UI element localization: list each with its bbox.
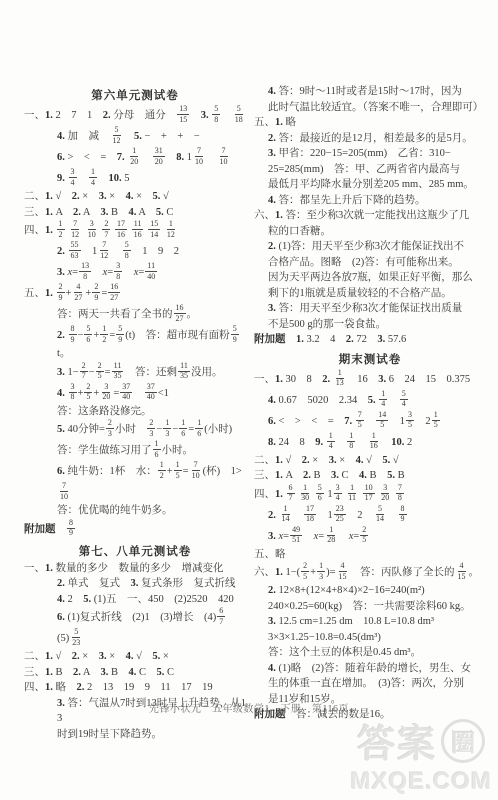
fraction: 1135 bbox=[178, 362, 190, 381]
bold-label: 1. bbox=[275, 567, 283, 578]
fraction: 710 bbox=[190, 461, 202, 480]
answer-line: 4. 0.67 5020 2.34 5. 14 54 bbox=[254, 390, 486, 411]
bold-label: 3. bbox=[57, 267, 65, 278]
bold-label: 5. bbox=[368, 394, 376, 405]
fraction: 25 bbox=[360, 526, 368, 545]
bold-label: 5. bbox=[156, 667, 164, 678]
answer-line: 2. 89−56+12=59(t) 答：超市现有面粉59 t。 bbox=[24, 325, 246, 362]
bold-label: 1. bbox=[275, 470, 283, 481]
fraction: 1135 bbox=[112, 362, 124, 381]
bold-label: 2. bbox=[73, 667, 81, 678]
fraction: 29 bbox=[57, 283, 65, 302]
watermark: 答案 圈 MXQE.COM bbox=[351, 713, 492, 796]
fraction: 58 bbox=[212, 105, 220, 124]
answer-line: (5)523 bbox=[24, 628, 246, 649]
bold-label: 6. bbox=[268, 415, 276, 426]
answer-line: 4. 答：9时～11时或者是15时～17时，因为 bbox=[254, 84, 486, 100]
section-title: 期末测试卷 bbox=[254, 348, 486, 369]
fraction: 3120 bbox=[153, 147, 165, 166]
bold-label: 4. bbox=[268, 663, 276, 674]
bold-label: 1. bbox=[45, 563, 53, 574]
bold-label: 3. bbox=[100, 207, 108, 218]
fraction: 75 bbox=[356, 411, 364, 430]
fraction: 112 bbox=[165, 220, 177, 239]
answer-line: 三、1. B 2. A 3. B 4. C 5. C bbox=[24, 665, 246, 681]
fraction: 34 bbox=[334, 484, 342, 503]
answer-line: 附加题 1. 3.2 4 2. 72 3. 57.6 bbox=[254, 332, 486, 348]
bold-label: 2. bbox=[346, 334, 354, 345]
bold-label: 1. bbox=[45, 651, 53, 662]
answer-line: 3. x=4951 x=128 x=25 bbox=[254, 526, 486, 547]
fraction: 138 bbox=[79, 262, 91, 281]
answer-line: 五、略 bbox=[254, 547, 486, 563]
fraction: 5563 bbox=[69, 241, 81, 260]
bold-label: 1. bbox=[275, 488, 283, 499]
fraction: 16 bbox=[195, 419, 203, 438]
fraction: 1718 bbox=[304, 505, 316, 524]
bold-label: 1. bbox=[275, 210, 283, 221]
answer-line: 二、1. √ 2. × 3. × 4. × 5. √ bbox=[24, 189, 246, 205]
answer-line: 四、1. 67 130 56 134 111 1017 320 78 bbox=[254, 484, 486, 505]
bold-label: 5. bbox=[387, 470, 395, 481]
fraction: 54 bbox=[400, 390, 408, 409]
answer-line: 粒的口香糖。 bbox=[254, 224, 486, 240]
fraction: 514 bbox=[374, 505, 386, 524]
answer-line: 三、1. A 2. A 3. B 4. A 5. C bbox=[24, 205, 246, 221]
fraction: 59 bbox=[116, 325, 124, 344]
fraction: 130 bbox=[299, 484, 311, 503]
answer-line: 25=285(mm) 答：甲、乙两省省内最高与 bbox=[254, 162, 486, 178]
fraction: 1116 bbox=[132, 220, 144, 239]
bold-label: 2. bbox=[57, 246, 65, 257]
answer-line: 4. 加 减 512 5. − + + − bbox=[24, 126, 246, 147]
answer-line: 四、1. 12 712 310 27 1716 1116 1514 112 bbox=[24, 220, 246, 241]
bold-label: 3. bbox=[268, 148, 276, 159]
answer-line: 答：两天一共看了全书的1627。 bbox=[24, 304, 246, 325]
bold-label: 1. bbox=[275, 455, 283, 466]
answer-line: 4. (1)略 (2)答：随着年龄的增长，男生、女 bbox=[254, 661, 486, 677]
answer-line: 2. 单式 复式 3. 复式条形 复式折线 bbox=[24, 576, 246, 592]
bold-label: 2. bbox=[77, 682, 85, 693]
bold-label: 5. bbox=[83, 594, 91, 605]
fraction: 1140 bbox=[145, 262, 157, 281]
fraction: 1315 bbox=[177, 105, 189, 124]
bold-label: 2. bbox=[103, 110, 111, 121]
bold-label: 7. bbox=[344, 415, 352, 426]
bold-label: 3. bbox=[100, 667, 108, 678]
fraction: 116 bbox=[368, 432, 380, 451]
fraction: 710 bbox=[218, 147, 230, 166]
fraction: 1514 bbox=[148, 220, 160, 239]
fraction: 78 bbox=[396, 484, 404, 503]
fraction: 712 bbox=[98, 241, 110, 260]
bold-label: 4. bbox=[57, 131, 65, 142]
bold-label: 6. bbox=[57, 466, 65, 477]
fraction: 3740 bbox=[145, 383, 157, 402]
answer-line: 8. 24 8 9. 14 18 116 10. 2 bbox=[254, 432, 486, 453]
bold-label: 4. bbox=[359, 470, 367, 481]
bold-label: 10. bbox=[109, 173, 122, 184]
fraction: 29 bbox=[92, 283, 100, 302]
answer-line: 一、1. 2 7 1 2. 分母 通分 1315 3. 58 518 bbox=[24, 105, 246, 126]
bold-label: 4. bbox=[128, 207, 136, 218]
answer-line: 五、1. 29+427+29=1627 bbox=[24, 283, 246, 304]
answer-line: 二、1. √ 2. × 3. × 4. √ 5. × bbox=[24, 649, 246, 665]
fraction: 27 bbox=[102, 220, 110, 239]
fraction: 23 bbox=[147, 419, 155, 438]
fraction: 35 bbox=[406, 411, 414, 430]
fraction: 89 bbox=[69, 325, 77, 344]
bold-label: 2. bbox=[72, 651, 80, 662]
answer-line: 3. 甲省：220−15=205(mm) 乙省：310− bbox=[254, 146, 486, 162]
bold-label: 1. bbox=[296, 334, 304, 345]
bold-label: 3. bbox=[268, 530, 276, 541]
answer-line: 答：优优喝的纯牛奶多。 bbox=[24, 503, 246, 519]
variable: x bbox=[68, 267, 73, 278]
section-title: 第六单元测试卷 bbox=[24, 84, 246, 105]
answer-line: 最低月平均降水量分别差205 mm、285 mm。 bbox=[254, 177, 486, 193]
answer-line: 六、1. 答：至少称3次就一定能找出这瓶少了几 bbox=[254, 208, 486, 224]
answer-line: 4. 答：都呈先上升后下降的趋势。 bbox=[254, 193, 486, 209]
bold-label: 2. bbox=[268, 509, 276, 520]
bold-label: 3. bbox=[57, 366, 65, 377]
fraction: 18 bbox=[347, 432, 355, 451]
bold-label: 2. bbox=[268, 585, 276, 596]
bold-label: 4. bbox=[57, 387, 65, 398]
bold-label: 4. bbox=[268, 195, 276, 206]
two-column-layout: 第六单元测试卷一、1. 2 7 1 2. 分母 通分 1315 3. 58 51… bbox=[24, 84, 486, 742]
fraction: 15 bbox=[432, 411, 440, 430]
fraction: 3740 bbox=[120, 383, 132, 402]
bold-label: 1. bbox=[45, 110, 53, 121]
fraction: 25 bbox=[96, 362, 104, 381]
answer-line: 一、1. 数量的多少 数量的多少 增减变化 bbox=[24, 561, 246, 577]
fraction: 1017 bbox=[363, 484, 375, 503]
bold-label: 2. bbox=[302, 455, 310, 466]
bold-label: 2. bbox=[57, 578, 65, 589]
bold-label: 3. bbox=[329, 455, 337, 466]
answer-line: 3. 答：用天平至少称3次才能保证找出质量 bbox=[254, 301, 486, 317]
fraction: 56 bbox=[84, 325, 92, 344]
bold-label: 3. bbox=[99, 191, 107, 202]
bold-label: 2. bbox=[268, 133, 276, 144]
bold-label: 5. bbox=[57, 424, 65, 435]
bold-label: 1. bbox=[45, 207, 53, 218]
answer-line: 六、1. 1−(25+13)=415 答：丙队修了全长的415。 bbox=[254, 562, 486, 583]
bold-label: 4. bbox=[126, 651, 134, 662]
fraction: 320 bbox=[379, 484, 391, 503]
bold-label: 2. bbox=[73, 207, 81, 218]
fraction: 14 bbox=[327, 432, 335, 451]
fraction: 13 bbox=[317, 562, 325, 581]
variable: x bbox=[134, 267, 139, 278]
bold-label: 6. bbox=[57, 612, 65, 623]
answer-line: 9. 34 14 10. 5 bbox=[24, 168, 246, 189]
right-column: 4. 答：9时～11时或者是15时～17时，因为此时气温比较适宜。（答案不唯一，… bbox=[254, 84, 486, 742]
fraction: 16 bbox=[153, 440, 161, 459]
bold-label: 7. bbox=[117, 152, 125, 163]
bold-label: 8. bbox=[268, 436, 276, 447]
answer-line: 合格产品。图略 (2)答：有可能称出来。 bbox=[254, 255, 486, 271]
bold-label: 4. bbox=[126, 191, 134, 202]
answer-line: 2. (1)答：用天平至少称3次才能保证找出不 bbox=[254, 239, 486, 255]
bold-label: 2. bbox=[268, 241, 276, 252]
answer-line: 6. < > < = 7. 75 145 135 215 bbox=[254, 411, 486, 432]
answer-line: 答：这个土豆的体积是0.45 dm³。 bbox=[254, 645, 486, 661]
answer-line: 3. 12.5 cm=1.25 dm 10.8 L=10.8 dm³ bbox=[254, 614, 486, 630]
fraction: 1716 bbox=[115, 220, 127, 239]
fraction: 518 bbox=[233, 105, 245, 124]
fraction: 59 bbox=[231, 325, 239, 344]
fraction: 145 bbox=[376, 411, 388, 430]
variable: x bbox=[349, 530, 354, 541]
fraction: 15 bbox=[174, 461, 182, 480]
bold-label: 1. bbox=[45, 191, 53, 202]
fraction: 25 bbox=[84, 383, 92, 402]
bold-label: 10. bbox=[391, 436, 404, 447]
fraction: 1627 bbox=[108, 283, 120, 302]
fraction: 710 bbox=[193, 147, 205, 166]
fraction: 111 bbox=[346, 484, 358, 503]
fraction: 712 bbox=[69, 220, 81, 239]
bold-label: 2. bbox=[322, 373, 330, 384]
bold-label: 1. bbox=[275, 373, 283, 384]
bold-label: 4. bbox=[57, 594, 65, 605]
fraction: 67 bbox=[217, 607, 225, 626]
bold-label: 1. bbox=[275, 117, 283, 128]
bold-label: 附加题 bbox=[254, 334, 286, 345]
fraction: 415 bbox=[337, 562, 349, 581]
bold-label: 5. bbox=[382, 455, 390, 466]
fraction: 38 bbox=[69, 383, 77, 402]
fraction: 58 bbox=[123, 241, 131, 260]
fraction: 320 bbox=[100, 383, 112, 402]
answer-line: 剩下的1瓶就是质量较轻的不合格产品。 bbox=[254, 286, 486, 302]
fraction: 710 bbox=[58, 482, 70, 501]
bold-label: 3. bbox=[378, 373, 386, 384]
bold-label: 5. bbox=[152, 651, 160, 662]
watermark-site-url: MXQE.COM bbox=[351, 768, 492, 796]
answer-key-page: 第六单元测试卷一、1. 2 7 1 2. 分母 通分 1315 3. 58 51… bbox=[0, 0, 498, 800]
answer-line: 2. 114 1718 12325 2 514 89 bbox=[254, 505, 486, 526]
bold-label: 8. bbox=[176, 152, 184, 163]
fraction: 13 bbox=[163, 419, 171, 438]
answer-line: 此时气温比较适宜。（答案不唯一，合理即可） bbox=[254, 100, 486, 116]
fraction: 310 bbox=[86, 220, 98, 239]
answer-line: 2. 答：最接近的是12月，相差最多的是5月。 bbox=[254, 131, 486, 147]
answer-line: 三、1. A 2. B 3. C 4. B 5. B bbox=[254, 468, 486, 484]
watermark-brand: 答案 圈 bbox=[351, 713, 492, 768]
answer-line: 答：学生做练习用了16小时。 bbox=[24, 440, 246, 461]
bold-label: 1. bbox=[45, 288, 53, 299]
answer-line: 2. 12×8+(12×4+8×4)×2−16=240(m²) bbox=[254, 583, 486, 599]
answer-line: 3. 1−27−25=1135 答：还剩1135没用。 bbox=[24, 362, 246, 383]
fraction: 34 bbox=[69, 168, 77, 187]
bold-label: 4. bbox=[268, 86, 276, 97]
answer-line: 240×0.25=60(kg) 答：一共需要涂料60 kg。 bbox=[254, 599, 486, 615]
answer-line: 6. (1)复式折线 (2)1 (3)增长 (4)67 bbox=[24, 607, 246, 628]
bold-label: 2. bbox=[57, 330, 65, 341]
variable: x bbox=[103, 267, 108, 278]
fraction: 16 bbox=[179, 419, 187, 438]
fraction: 27 bbox=[80, 362, 88, 381]
bold-label: 4. bbox=[128, 667, 136, 678]
bold-label: 3. bbox=[201, 110, 209, 121]
answer-line: 6. > < = 7. 120 3120 8. 1710 710 bbox=[24, 147, 246, 168]
bold-label: 9. bbox=[57, 173, 65, 184]
bold-label: 6. bbox=[57, 152, 65, 163]
answer-line: 一、1. 30 8 2. 113 16 3. 6 24 15 0.375 bbox=[254, 369, 486, 390]
answer-line: 5. 40分钟=23小时 23−13−16=16(小时) bbox=[24, 419, 246, 440]
bold-label: 1. bbox=[45, 667, 53, 678]
answer-line: 四、1. 略 2. 2 13 19 9 11 17 19 bbox=[24, 680, 246, 696]
bold-label: 3. bbox=[268, 303, 276, 314]
fraction: 114 bbox=[280, 505, 292, 524]
bold-label: 3. bbox=[377, 334, 385, 345]
answer-line: 答：这条路没修完。 bbox=[24, 404, 246, 420]
watermark-circle-icon: 圈 bbox=[441, 719, 485, 763]
fraction: 1627 bbox=[174, 304, 186, 323]
answer-line: 3×3×1.25−10.8=0.45(dm³) bbox=[254, 630, 486, 646]
fraction: 14 bbox=[379, 390, 387, 409]
bold-label: 5. bbox=[153, 191, 161, 202]
fraction: 12 bbox=[57, 220, 65, 239]
bold-label: 2. bbox=[303, 470, 311, 481]
bold-label: 4. bbox=[356, 455, 364, 466]
fraction: 89 bbox=[67, 519, 75, 538]
fraction: 120 bbox=[128, 147, 140, 166]
bold-label: 1. bbox=[45, 682, 53, 693]
answer-line: 时到19时呈下降趋势。 bbox=[24, 727, 246, 743]
fraction: 14 bbox=[89, 168, 97, 187]
answer-line: 二、1. √ 2. × 3. × 4. √ 5. √ bbox=[254, 453, 486, 469]
fraction: 113 bbox=[334, 369, 346, 388]
bold-label: 3. bbox=[268, 616, 276, 627]
answer-line: 附加题 89 bbox=[24, 519, 246, 540]
section-title: 第七、八单元测试卷 bbox=[24, 540, 246, 561]
left-column: 第六单元测试卷一、1. 2 7 1 2. 分母 通分 1315 3. 58 51… bbox=[24, 84, 246, 742]
fraction: 427 bbox=[72, 283, 84, 302]
fraction: 12 bbox=[100, 325, 108, 344]
variable: x bbox=[279, 530, 284, 541]
variable: x bbox=[314, 530, 319, 541]
fraction: 415 bbox=[456, 562, 468, 581]
fraction: 512 bbox=[111, 126, 123, 145]
answer-line: 3. x=138 x=38 x=1140 bbox=[24, 262, 246, 283]
fraction: 25 bbox=[301, 562, 309, 581]
fraction: 89 bbox=[399, 505, 407, 524]
answer-line: 不是500 g的那一袋食盐。 bbox=[254, 317, 486, 333]
bold-label: 4. bbox=[268, 394, 276, 405]
answer-line: 6. 纯牛奶：1杯 水：12+15=710(杯) 1>710 bbox=[24, 461, 246, 503]
bold-label: 附加题 bbox=[24, 523, 56, 534]
bold-label: 5. bbox=[134, 131, 142, 142]
bold-label: 3. bbox=[331, 470, 339, 481]
answer-line: 五、1. 略 bbox=[254, 115, 486, 131]
fraction: 523 bbox=[70, 628, 82, 647]
fraction: 128 bbox=[325, 526, 337, 545]
bold-label: 1. bbox=[45, 225, 53, 236]
fraction: 2325 bbox=[334, 505, 346, 524]
fraction: 12 bbox=[158, 461, 166, 480]
answer-line: 因为天平两边各放7瓶，如果正好平衡，那么 bbox=[254, 270, 486, 286]
answer-line: 4. 2 5. (1)五 一、450 (2)2520 420 bbox=[24, 592, 246, 608]
answer-line: 2. 5563 1712 58 1 9 2 bbox=[24, 241, 246, 262]
bold-label: 9. bbox=[315, 436, 323, 447]
fraction: 4951 bbox=[290, 526, 302, 545]
answer-line: 4. 38+25+320=3740 3740<1 bbox=[24, 383, 246, 404]
bold-label: 5. bbox=[156, 207, 164, 218]
answer-line: 生的体重一直在增加。 (3)答：两次，分别 bbox=[254, 676, 486, 692]
fraction: 23 bbox=[106, 419, 114, 438]
bold-label: 3. bbox=[131, 578, 139, 589]
bold-label: 3. bbox=[99, 651, 107, 662]
fraction: 67 bbox=[287, 484, 295, 503]
bold-label: 2. bbox=[72, 191, 80, 202]
watermark-brand-text: 答案 bbox=[357, 713, 437, 768]
fraction: 56 bbox=[316, 484, 324, 503]
fraction: 38 bbox=[114, 262, 122, 281]
